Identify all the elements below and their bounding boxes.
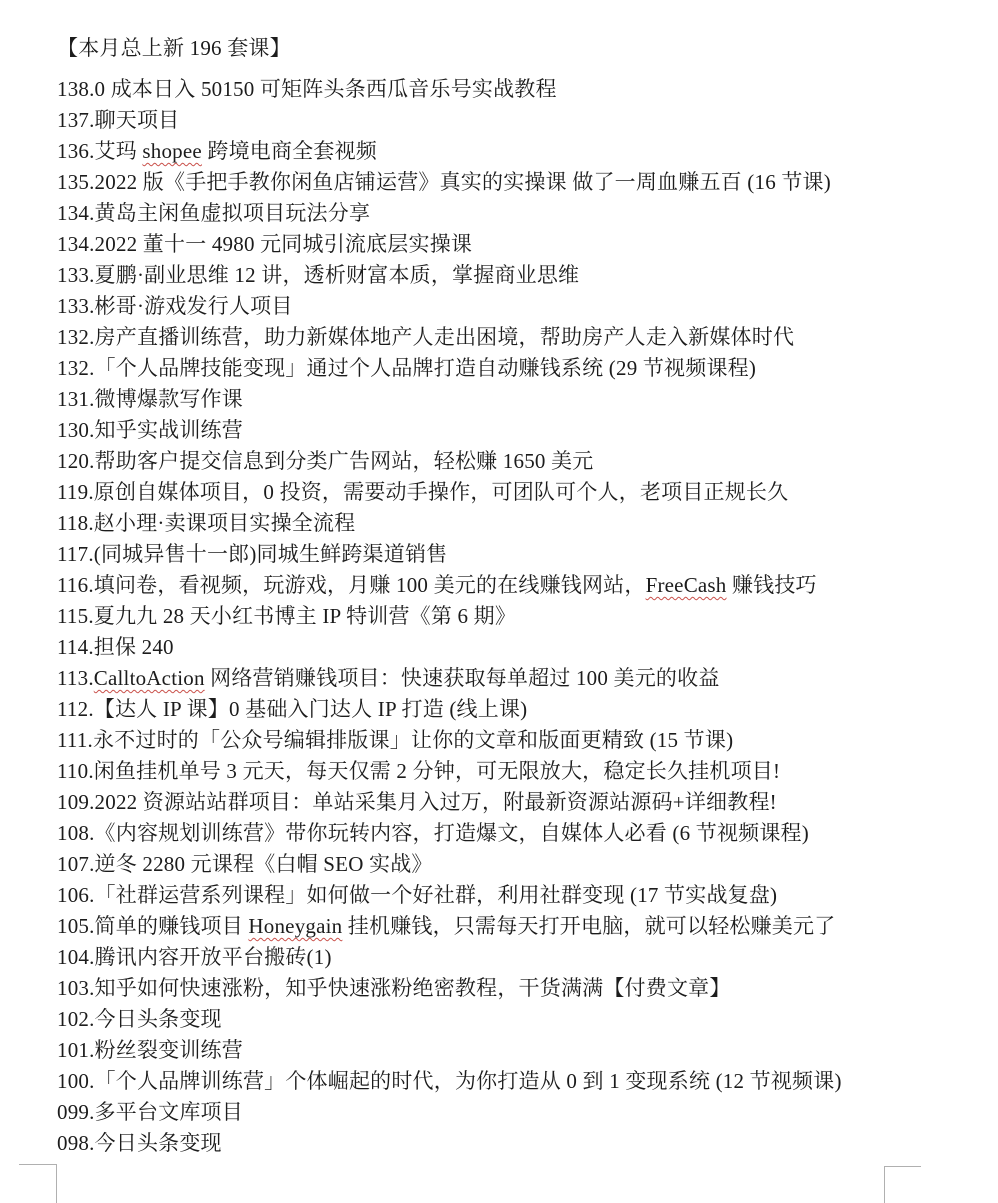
list-item[interactable]: 098.今日头条变现 bbox=[57, 1128, 968, 1159]
list-item[interactable]: 117.(同城异售十一郎)同城生鲜跨渠道销售 bbox=[57, 539, 968, 570]
list-item[interactable]: 112.【达人 IP 课】0 基础入门达人 IP 打造 (线上课) bbox=[57, 694, 968, 725]
list-title[interactable]: 【本月总上新 196 套课】 bbox=[57, 33, 968, 63]
list-item[interactable]: 115.夏九九 28 天小红书博主 IP 特训营《第 6 期》 bbox=[57, 601, 968, 632]
list-item[interactable]: 100.「个人品牌训练营」个体崛起的时代，为你打造从 0 到 1 变现系统 (1… bbox=[57, 1066, 968, 1097]
list-item[interactable]: 111.永不过时的「公众号编辑排版课」让你的文章和版面更精致 (15 节课) bbox=[57, 725, 968, 756]
list-item[interactable]: 116.填问卷，看视频，玩游戏，月赚 100 美元的在线赚钱网站，FreeCas… bbox=[57, 570, 968, 601]
list-item[interactable]: 113.CalltoAction 网络营销赚钱项目：快速获取每单超过 100 美… bbox=[57, 663, 968, 694]
document-page: 【本月总上新 196 套课】 138.0 成本日入 50150 可矩阵头条西瓜音… bbox=[57, 33, 968, 1159]
list-item[interactable]: 119.原创自媒体项目，0 投资，需要动手操作，可团队可个人，老项目正规长久 bbox=[57, 477, 968, 508]
list-item[interactable]: 135.2022 版《手把手教你闲鱼店铺运营》真实的实操课 做了一周血赚五百 (… bbox=[57, 167, 968, 198]
list-item[interactable]: 136.艾玛 shopee 跨境电商全套视频 bbox=[57, 136, 968, 167]
list-item[interactable]: 133.彬哥·游戏发行人项目 bbox=[57, 291, 968, 322]
spellcheck-underlined-word: CalltoAction bbox=[94, 666, 205, 690]
list-item[interactable]: 133.夏鹏·副业思维 12 讲，透析财富本质，掌握商业思维 bbox=[57, 260, 968, 291]
list-item[interactable]: 108.《内容规划训练营》带你玩转内容，打造爆文，自媒体人必看 (6 节视频课程… bbox=[57, 818, 968, 849]
spellcheck-underlined-word: shopee bbox=[142, 139, 202, 163]
list-item[interactable]: 110.闲鱼挂机单号 3 元天，每天仅需 2 分钟，可无限放大，稳定长久挂机项目… bbox=[57, 756, 968, 787]
spellcheck-underlined-word: Honeygain bbox=[248, 914, 342, 938]
text-boundary-mark-top-left bbox=[19, 1164, 57, 1203]
list-item[interactable]: 120.帮助客户提交信息到分类广告网站，轻松赚 1650 美元 bbox=[57, 446, 968, 477]
list-item[interactable]: 104.腾讯内容开放平台搬砖(1) bbox=[57, 942, 968, 973]
list-item[interactable]: 114.担保 240 bbox=[57, 632, 968, 663]
spellcheck-underlined-word: FreeCash bbox=[646, 573, 727, 597]
list-item[interactable]: 138.0 成本日入 50150 可矩阵头条西瓜音乐号实战教程 bbox=[57, 74, 968, 105]
list-item[interactable]: 118.赵小理·卖课项目实操全流程 bbox=[57, 508, 968, 539]
text-boundary-mark-top-right bbox=[884, 1166, 921, 1203]
list-item[interactable]: 107.逆冬 2280 元课程《白帽 SEO 实战》 bbox=[57, 849, 968, 880]
list-item[interactable]: 106.「社群运营系列课程」如何做一个好社群，利用社群变现 (17 节实战复盘) bbox=[57, 880, 968, 911]
course-list: 138.0 成本日入 50150 可矩阵头条西瓜音乐号实战教程137.聊天项目1… bbox=[57, 74, 968, 1159]
list-item[interactable]: 102.今日头条变现 bbox=[57, 1004, 968, 1035]
list-item[interactable]: 103.知乎如何快速涨粉，知乎快速涨粉绝密教程，干货满满【付费文章】 bbox=[57, 973, 968, 1004]
list-item[interactable]: 101.粉丝裂变训练营 bbox=[57, 1035, 968, 1066]
list-item[interactable]: 105.简单的赚钱项目 Honeygain 挂机赚钱，只需每天打开电脑，就可以轻… bbox=[57, 911, 968, 942]
list-item[interactable]: 099.多平台文库项目 bbox=[57, 1097, 968, 1128]
list-item[interactable]: 109.2022 资源站站群项目：单站采集月入过万，附最新资源站源码+详细教程! bbox=[57, 787, 968, 818]
list-item[interactable]: 131.微博爆款写作课 bbox=[57, 384, 968, 415]
list-item[interactable]: 132.「个人品牌技能变现」通过个人品牌打造自动赚钱系统 (29 节视频课程) bbox=[57, 353, 968, 384]
word-document-canvas[interactable]: { "page": { "background": "#ffffff", "te… bbox=[0, 0, 998, 1203]
list-item[interactable]: 134.黄岛主闲鱼虚拟项目玩法分享 bbox=[57, 198, 968, 229]
list-item[interactable]: 134.2022 董十一 4980 元同城引流底层实操课 bbox=[57, 229, 968, 260]
list-item[interactable]: 130.知乎实战训练营 bbox=[57, 415, 968, 446]
list-item[interactable]: 137.聊天项目 bbox=[57, 105, 968, 136]
list-item[interactable]: 132.房产直播训练营，助力新媒体地产人走出困境，帮助房产人走入新媒体时代 bbox=[57, 322, 968, 353]
